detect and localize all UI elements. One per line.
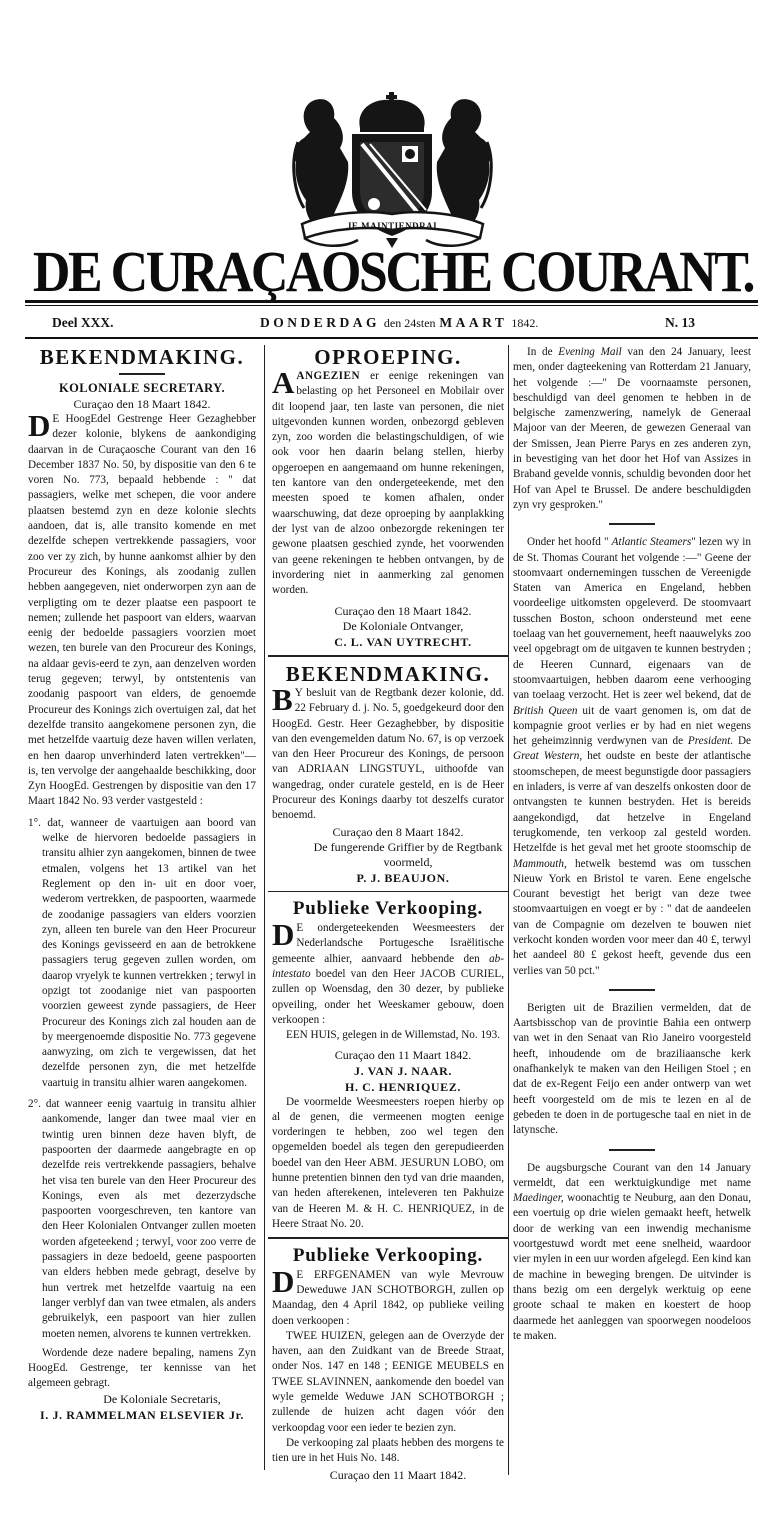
notice-lead: ANGEZIEN [296,370,360,382]
article-text: De [733,735,751,747]
year: 1842. [511,316,538,330]
article-text: hetwelk bestemd was om tusschen Nieuw Yo… [513,858,751,977]
section-divider [268,655,508,657]
volume-label: Deel XXX. [52,315,113,331]
signature-name: C. L. VAN UYTRECHT. [272,634,504,650]
notice-heading: Publieke Verkooping. [272,897,504,921]
issue-number: N. 13 [665,315,695,331]
dropcap: D [272,1270,294,1294]
article-italic: Maedinger, [513,1192,564,1204]
article-text: In de [527,346,558,358]
signature-name: I. J. RAMMELMAN ELSEVIER Jr. [28,1407,256,1423]
notice-heading: BEKENDMAKING. [28,345,256,369]
notice-body-text: E ERFGENAMEN van wyle Mevrouw Deweduwe J… [272,1269,504,1327]
news-article: Berigten uit de Brazilien vermelden, dat… [513,1001,751,1139]
notice-place-date: Curaçao den 8 Maart 1842. [272,824,504,840]
signature-name: H. C. HENRIQUEZ. [272,1079,504,1095]
dropcap: D [28,414,50,438]
column-2: OPROEPING. AANGEZIEN er eenige rekeninge… [272,345,504,1483]
ornament-rule [119,373,165,375]
article-text: het oudste en beste der atlantische stoo… [513,750,751,854]
notice-item-2: 2°. dat wanneer eenig vaartuig in transi… [28,1097,256,1342]
issue-date: DONDERDAG den 24sten MAART 1842. [260,315,538,331]
notice-heading: BEKENDMAKING. [272,662,504,686]
column-3: In de Evening Mail van den 24 January, l… [513,345,751,1344]
dateline: Deel XXX. DONDERDAG den 24sten MAART 184… [25,312,758,336]
notice-heading: OPROEPING. [272,345,504,369]
weekday: DONDERDAG [260,315,380,330]
notice-subheading: KOLONIALE SECRETARY. [28,380,256,396]
dropcap: D [272,923,294,947]
notice-body: BY besluit van de Regtbank dezer kolonie… [272,686,504,824]
signature-title: De Koloniale Ontvanger, [272,619,504,634]
sale-items: TWEE HUIZEN, gelegen aan de Overzyde der… [272,1329,504,1436]
signature-name: P. J. BEAUJON. [272,870,504,886]
dropcap: A [272,371,294,395]
article-text: van den 24 January, leest men, onder dag… [513,346,751,511]
ornament-rule [609,1149,655,1151]
section-divider [268,891,508,893]
article-text: " lezen wy in de St. Thomas Courant het … [513,536,751,701]
article-italic: President. [688,735,733,747]
masthead-rule-bottom [25,337,758,339]
signature-title: De fungerende Griffier by de Regtbank vo… [272,840,504,870]
month: MAART [439,315,507,330]
article-italic: Great Western, [513,750,582,762]
masthead-rule-top [25,300,758,303]
notice-body-text: Y besluit van de Regtbank dezer kolonie,… [272,687,504,821]
notice-body: DE ERFGENAMEN van wyle Mevrouw Deweduwe … [272,1268,504,1329]
ornament-rule [609,523,655,525]
notice-intro-text: E HoogEdel Gestrenge Heer Gezaghebber de… [28,413,256,807]
signature-name: J. VAN J. NAAR. [272,1063,504,1079]
article-text: Onder het hoofd " [527,536,612,548]
signature-title: De Koloniale Secretaris, [28,1392,256,1407]
newspaper-page: JE MAINTIENDRAI DE CURAÇAOSCHE COURANT. … [0,0,768,1539]
notice-place-date: Curaçao den 11 Maart 1842. [272,1467,504,1483]
article-text: woonachtig te Neuburg, aan den Donau, ee… [513,1192,751,1342]
newspaper-title: DE CURAÇAOSCHE COURANT. [28,244,758,302]
article-italic: British Queen [513,705,578,717]
news-article: In de Evening Mail van den 24 January, l… [513,345,751,513]
notice-body-text: E ondergeteekenden Weesmeesters der Nede… [272,922,504,965]
news-article: Onder het hoofd " Atlantic Steamers" lez… [513,535,751,979]
date-day: den 24sten [384,316,436,330]
notice-closing: Wordende deze nadere bepaling, namens Zy… [28,1346,256,1392]
sale-note: De verkooping zal plaats hebben des morg… [272,1436,504,1467]
notice-body-text: er eenige rekeningen van belasting op he… [272,370,504,596]
notice-followup: De voormelde Weesmeesters roepen hierby … [272,1095,504,1233]
article-italic: Atlantic Steamers [612,536,692,548]
notice-place-date: Curaçao den 18 Maart 1842. [272,603,504,619]
notice-heading: Publieke Verkooping. [272,1244,504,1268]
notice-place-date: Curaçao den 18 Maart 1842. [28,396,256,412]
article-italic: Mammouth, [513,858,567,870]
article-text: De augsburgsche Courant van den 14 Janua… [513,1162,751,1189]
sale-item: EEN HUIS, gelegen in de Willemstad, No. … [272,1028,504,1043]
column-1: BEKENDMAKING. KOLONIALE SECRETARY. Curaç… [28,345,256,1423]
notice-place-date: Curaçao den 11 Maart 1842. [272,1047,504,1063]
column-divider-2 [508,345,509,1475]
ornament-rule [609,989,655,991]
notice-item-1: 1°. dat, wanneer de vaartuigen aan boord… [28,816,256,1091]
notice-body: AANGEZIEN er eenige rekeningen van belas… [272,369,504,598]
section-divider [268,1237,508,1239]
news-article: De augsburgsche Courant van den 14 Janua… [513,1161,751,1345]
article-italic: Evening Mail [558,346,621,358]
notice-intro: DE HoogEdel Gestrenge Heer Gezaghebber d… [28,412,256,810]
notice-body: DE ondergeteekenden Weesmeesters der Ned… [272,921,504,1028]
coat-of-arms-icon: JE MAINTIENDRAI [290,92,495,250]
masthead-rule-top-thin [25,305,758,306]
column-divider-1 [264,345,265,1470]
dropcap: B [272,688,293,712]
crest-motto: JE MAINTIENDRAI [347,221,437,231]
